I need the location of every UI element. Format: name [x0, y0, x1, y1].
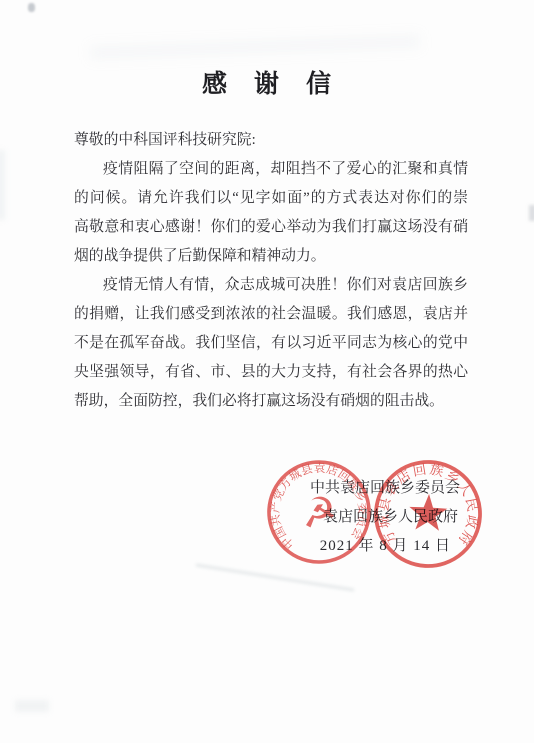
body-line: 的捐赠，让我们感受到浓浓的社会温暖。我们感恩，袁店并: [74, 300, 468, 329]
scan-artifact: [529, 205, 534, 221]
body-line: 疫情阻隔了空间的距离，却阻挡不了爱心的汇聚和真情: [74, 155, 468, 184]
hammer-sickle-icon: ☭: [298, 488, 340, 538]
letter-body: 尊敬的中科国评科技研究院: 疫情阻隔了空间的距离，却阻挡不了爱心的汇聚和真情 的…: [74, 126, 468, 416]
body-line: 的问候。请允许我们以“见字如面”的方式表达对你们的崇: [74, 184, 468, 213]
body-line: 不是在孤军奋战。我们坚信，有以习近平同志为核心的党中: [74, 329, 468, 358]
body-line: 疫情无情人有情，众志成城可决胜！你们对袁店回族乡: [74, 271, 468, 300]
scan-artifact: [0, 150, 5, 220]
scan-artifact: [15, 700, 49, 712]
body-line: 烟的战争提供了后勤保障和精神动力。: [74, 242, 468, 271]
star-icon: [408, 493, 448, 531]
body-line: 帮助，全面防控，我们必将打赢这场没有硝烟的阻击战。: [74, 387, 468, 416]
scan-artifact: [90, 34, 420, 60]
body-line: 央坚强领导，有省、市、县的大力支持，有社会各界的热心: [74, 358, 468, 387]
letter-title: 感 谢 信: [0, 64, 534, 100]
salutation: 尊敬的中科国评科技研究院:: [74, 126, 468, 155]
scan-artifact: [28, 3, 35, 12]
body-line: 高敬意和衷心感谢！你们的爱心举动为我们打赢这场没有硝: [74, 213, 468, 242]
scanned-letter-page: 感 谢 信 尊敬的中科国评科技研究院: 疫情阻隔了空间的距离，却阻挡不了爱心的汇…: [0, 0, 534, 743]
government-seal: 方城县袁店回族乡人民政府: [365, 451, 491, 577]
